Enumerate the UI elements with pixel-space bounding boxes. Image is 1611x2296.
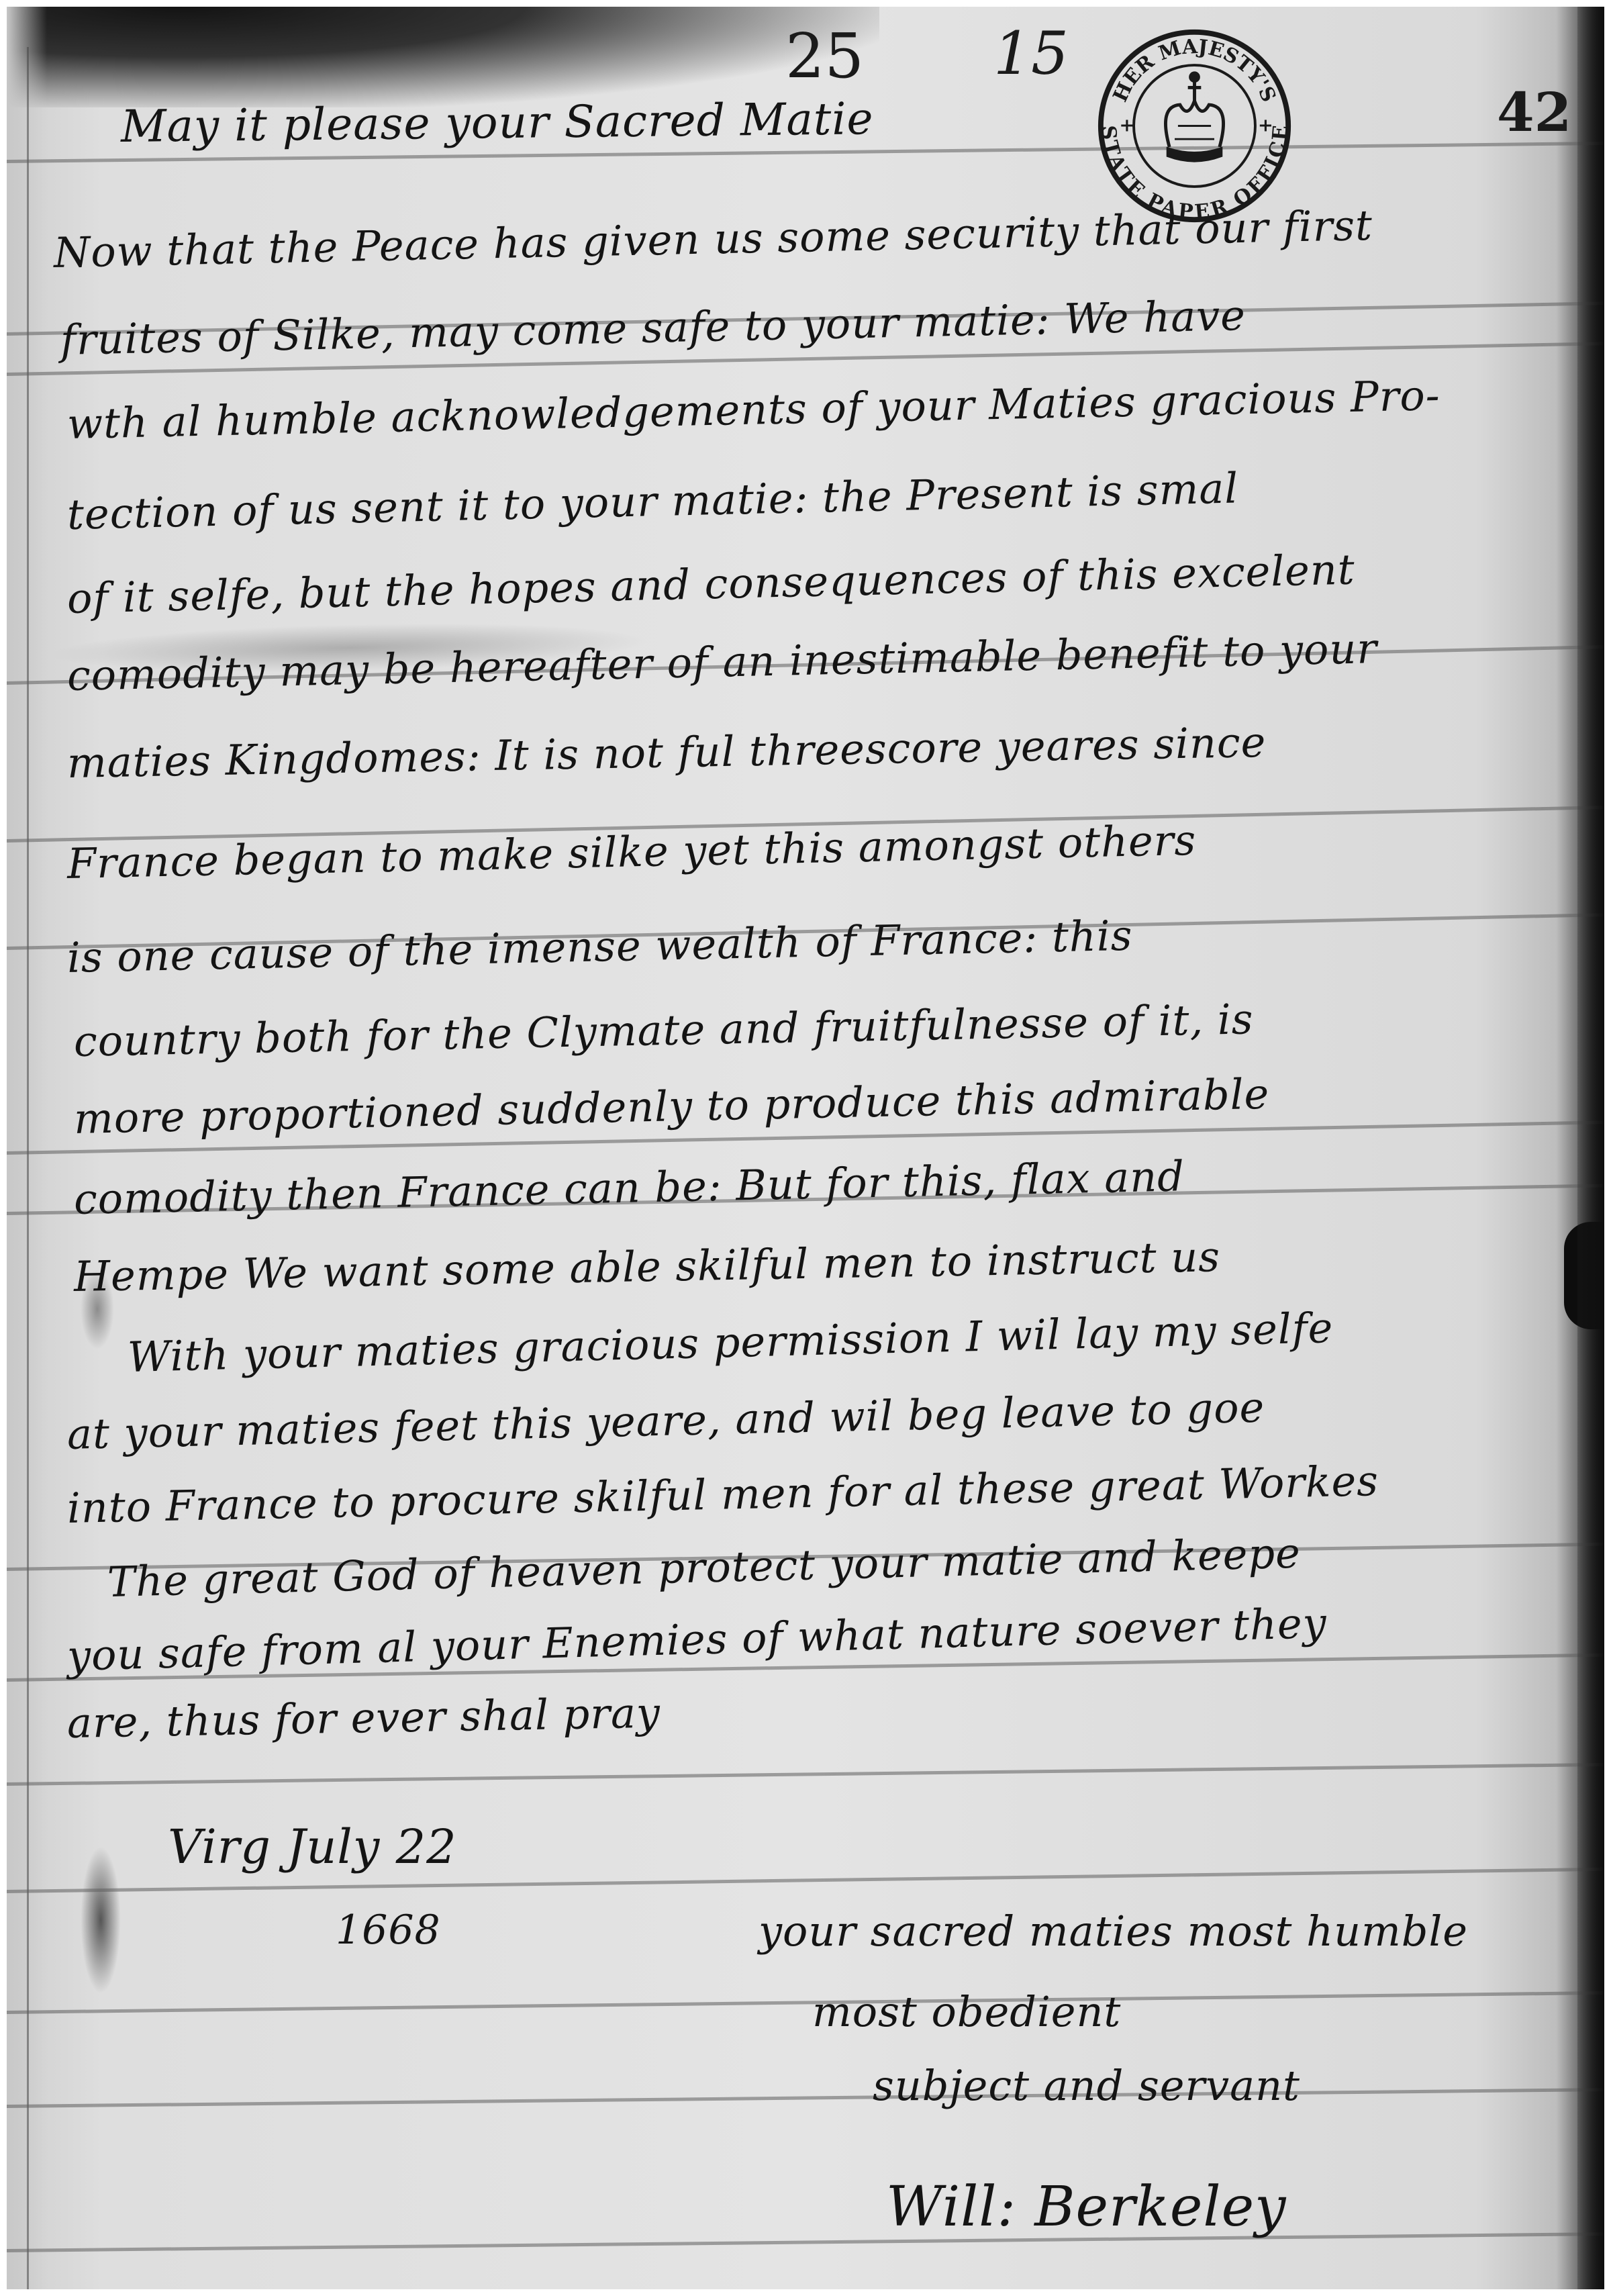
manuscript-page: 25 15 42 HER MAJESTY'S STATE PAPER OFFIC…: [7, 7, 1604, 2289]
dateline-date: July 22: [287, 1819, 456, 1874]
ruled-line: [7, 2232, 1604, 2252]
scan-shadow: [7, 7, 879, 107]
salutation: May it please your Sacred Matie: [121, 93, 874, 152]
svg-text:+: +: [1119, 114, 1134, 136]
letter-line: country both for the Clymate and fruitfu…: [73, 994, 1254, 1066]
corner-folio-number: 42: [1497, 81, 1571, 144]
letter-line: The great God of heaven protect your mat…: [107, 1529, 1301, 1607]
dateline: Virg July 22: [168, 1819, 457, 1874]
letter-line: Hempe We want some able skilful men to i…: [73, 1232, 1220, 1301]
dateline-year: 1668: [336, 1907, 441, 1954]
closing-line: most obedient: [812, 1987, 1121, 2036]
letter-line: comodity then France can be: But for thi…: [73, 1151, 1185, 1224]
closing-line: subject and servant: [873, 2061, 1300, 2110]
letter-line: into France to procure skilful men for a…: [66, 1456, 1379, 1533]
letter-line: tection of us sent it to your matie: the…: [66, 463, 1239, 539]
ruled-line: [7, 1763, 1604, 1786]
letter-line: of it selfe, but the hopes and consequen…: [66, 544, 1355, 623]
state-paper-office-stamp: HER MAJESTY'S STATE PAPER OFFICE + +: [1095, 27, 1293, 225]
secondary-number: 15: [993, 19, 1069, 88]
ruled-line: [7, 1991, 1604, 2014]
closing-line: your sacred maties most humble: [759, 1907, 1468, 1956]
ink-blot: [81, 1846, 121, 1994]
signature: Will: Berkeley: [886, 2175, 1287, 2239]
letter-line: are, thus for ever shal pray: [66, 1688, 661, 1748]
dateline-place: Virg: [168, 1819, 271, 1874]
svg-text:+: +: [1258, 114, 1273, 136]
letter-line: maties Kingdomes: It is not ful threesco…: [66, 718, 1266, 787]
letter-line: wth al humble acknowledgements of your M…: [66, 371, 1441, 448]
letter-line: Now that the Peace has given us some sec…: [53, 201, 1373, 277]
ruled-line: [7, 2088, 1604, 2108]
folio-number: 25: [785, 20, 864, 92]
letter-line: at your maties feet this yeare, and wil …: [66, 1383, 1265, 1459]
page-binding-edge: [1577, 7, 1604, 2289]
margin-rule: [27, 47, 29, 2289]
letter-line: is one cause of the imense wealth of Fra…: [66, 911, 1133, 982]
crown-icon: [1165, 73, 1223, 160]
letter-line: With your maties gracious permission I w…: [127, 1303, 1334, 1382]
